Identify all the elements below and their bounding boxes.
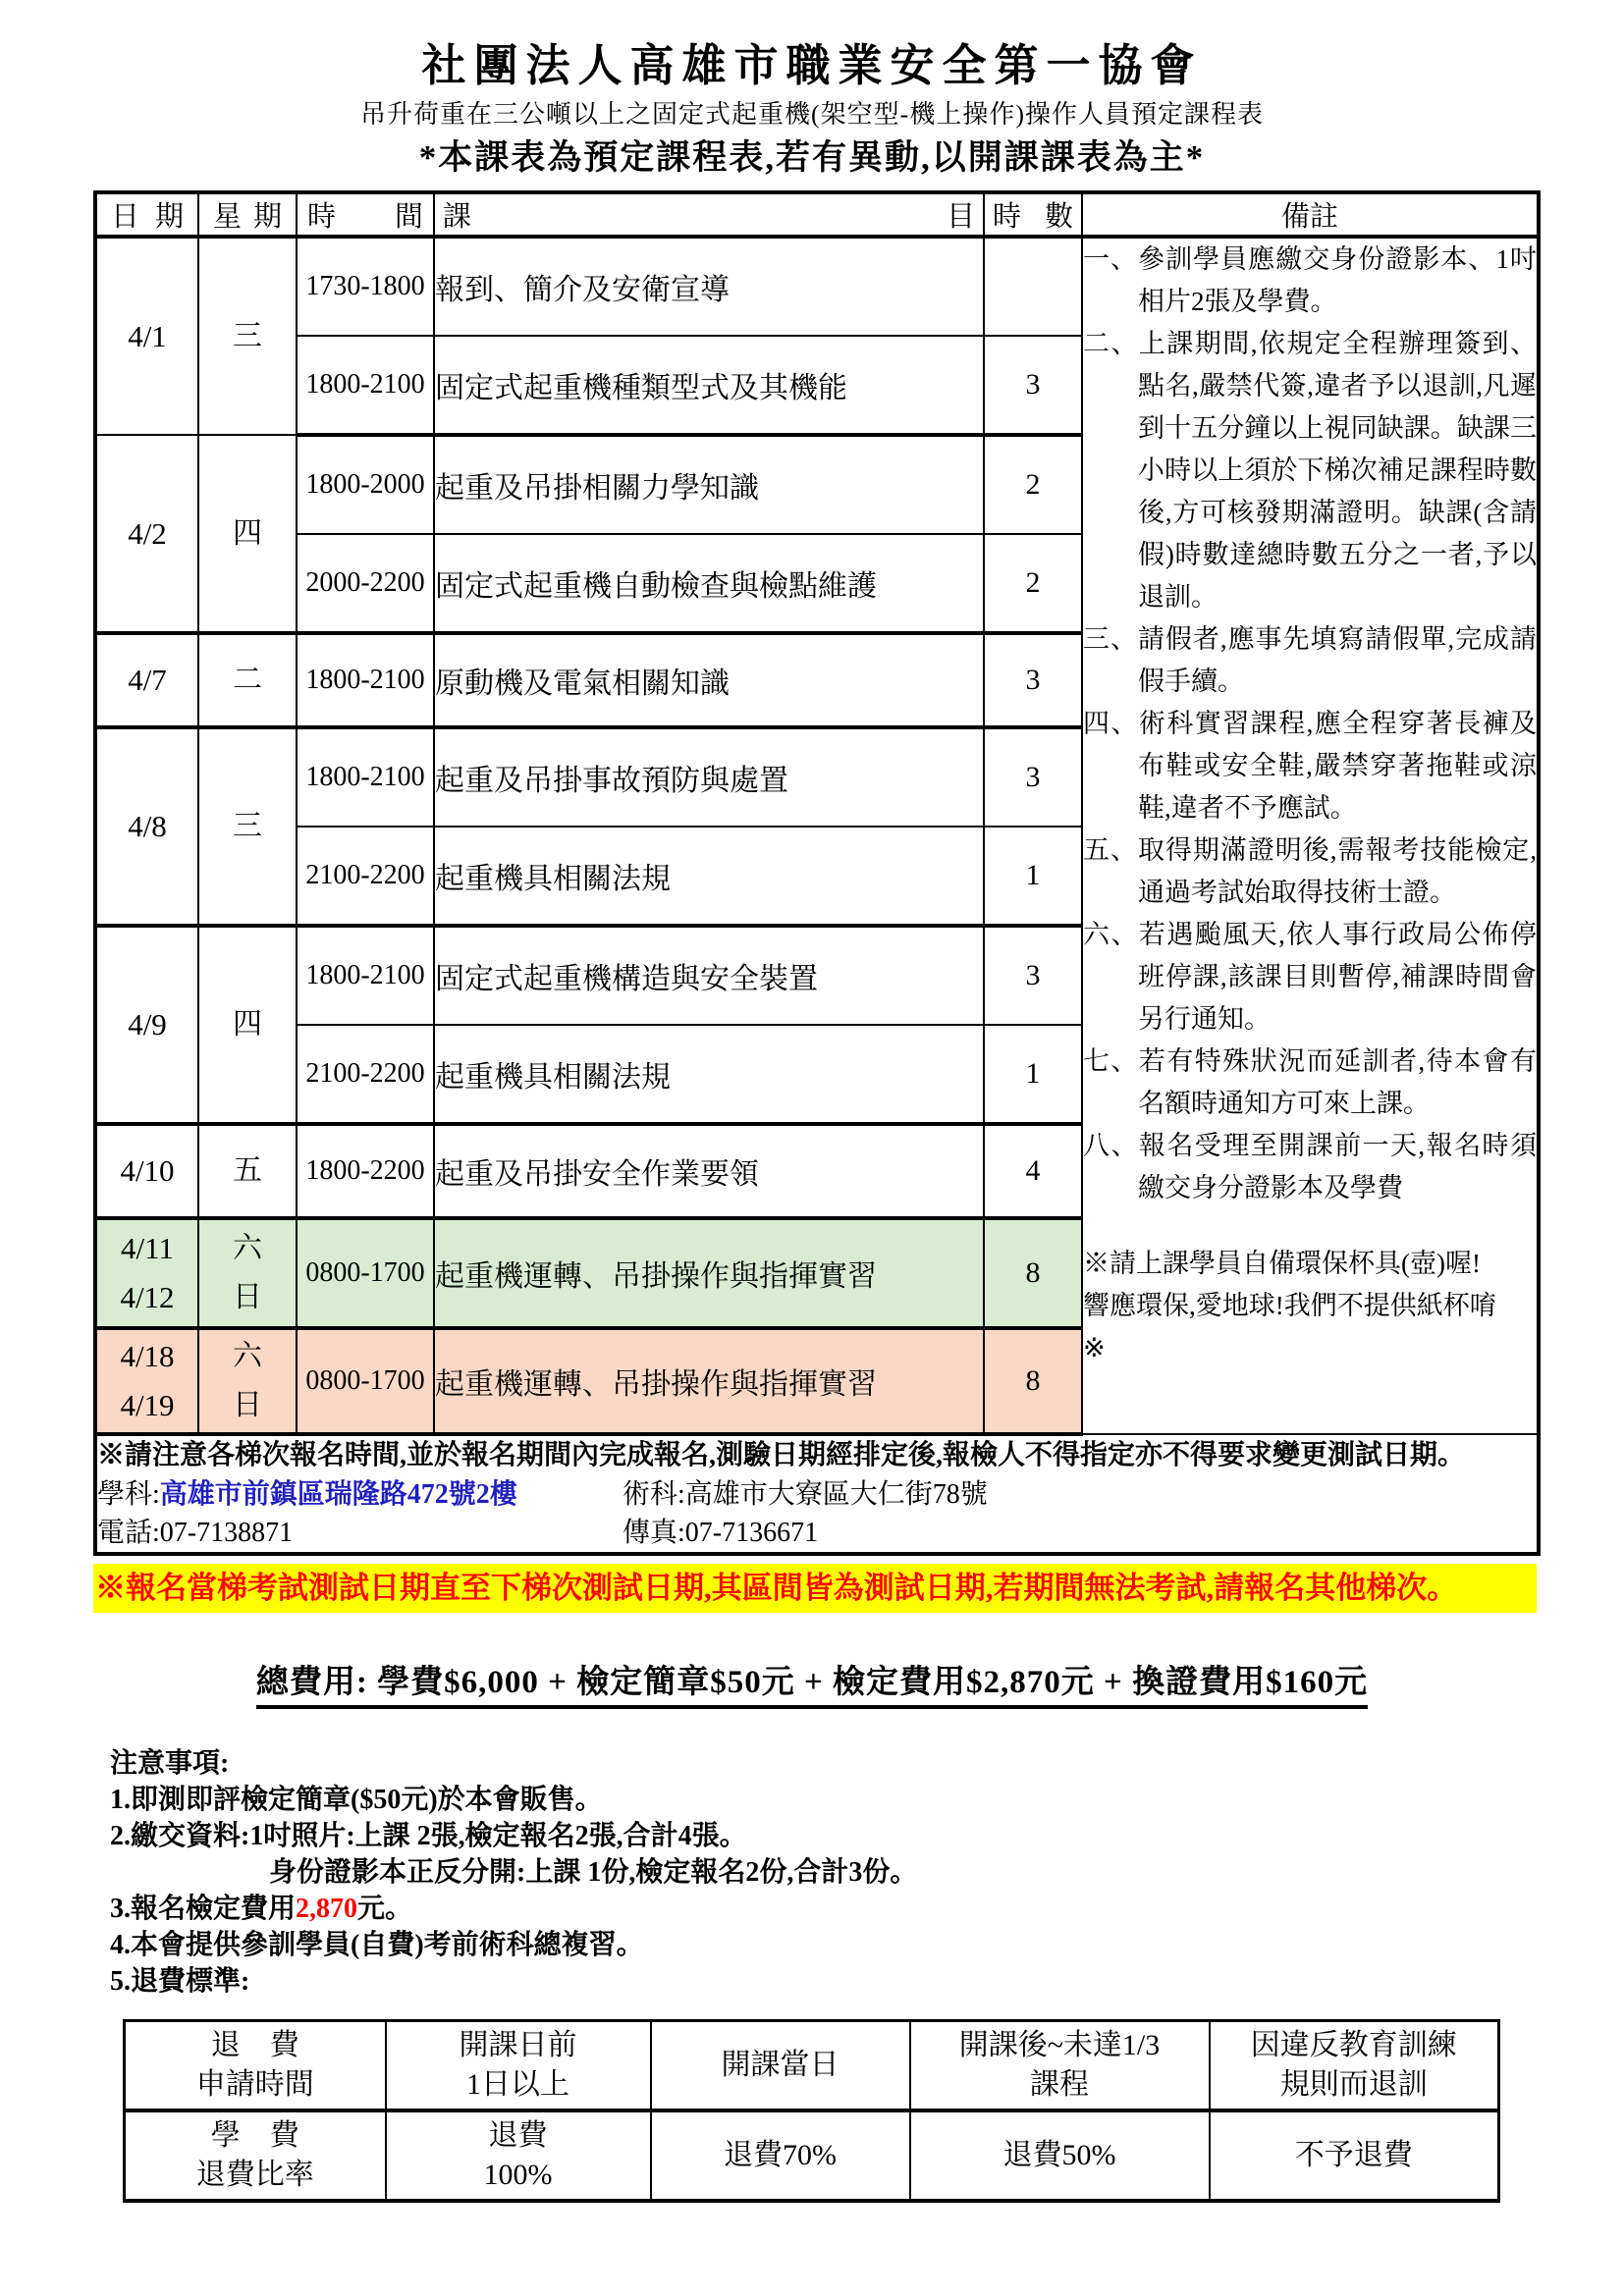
remark-item: 五、取得期滿證明後,需報考技能檢定,通過考試始取得技術士證。: [1083, 829, 1537, 914]
time-cell: 1730-1800: [297, 237, 434, 336]
hours-cell: 3: [984, 727, 1082, 827]
note-item-2b: 身份證影本正反分開:上課 1份,檢定報名2份,合計3份。: [110, 1855, 1624, 1891]
hours-cell: 2: [984, 435, 1082, 534]
subject-cell: 起重機運轉、吊掛操作與指揮實習: [434, 1328, 984, 1434]
date-cell: 4/9: [95, 926, 198, 1124]
remark-item: 二、上課期間,依規定全程辦理簽到、點名,嚴禁代簽,違者予以退訓,凡遲到十五分鐘以…: [1083, 323, 1537, 618]
weekday-cell: 六 日: [198, 1218, 297, 1328]
remark-item: 一、參訓學員應繳交身份證影本、1吋相片2張及學費。: [1083, 239, 1537, 323]
subject-cell: 起重及吊掛安全作業要領: [434, 1124, 984, 1218]
hours-cell: 3: [984, 926, 1082, 1025]
hours-cell: 1: [984, 827, 1082, 926]
date-cell: 4/18 4/19: [95, 1328, 198, 1434]
subject-cell: 起重機運轉、吊掛操作與指揮實習: [434, 1218, 984, 1328]
note-item-2: 2.繳交資料:1吋照片:上課 2張,檢定報名2張,合計4張。: [110, 1819, 1624, 1854]
subject-cell: 起重機具相關法規: [434, 1025, 984, 1124]
registration-notice: ※請注意各梯次報名時間,並於報名期間內完成報名,測驗日期經排定後,報檢人不得指定…: [97, 1436, 1537, 1475]
date-cell: 4/7: [95, 633, 198, 727]
page-title: 社團法人高雄市職業安全第一協會: [0, 37, 1624, 94]
refund-cell: 因違反教育訓練規則而退訓: [1210, 2021, 1499, 2111]
subject-cell: 固定式起重機種類型式及其機能: [434, 336, 984, 435]
col-header-subject: 課 目: [434, 192, 984, 237]
hours-cell: 3: [984, 336, 1082, 435]
refund-cell: 退費70%: [651, 2110, 910, 2201]
time-cell: 1800-2100: [297, 336, 434, 435]
col-header-hours: 時 數: [984, 192, 1082, 237]
hours-cell: 4: [984, 1124, 1082, 1218]
hours-cell: [984, 237, 1082, 336]
subject-cell: 固定式起重機構造與安全裝置: [434, 926, 984, 1025]
refund-cell: 不予退費: [1210, 2110, 1499, 2201]
notes-section: 注意事項: 1.即測即評檢定簡章($50元)於本會販售。 2.繳交資料:1吋照片…: [110, 1746, 1624, 2000]
date-cell: 4/10: [95, 1124, 198, 1218]
note-item-3: 3.報名檢定費用2,870元。: [110, 1892, 1624, 1927]
remark-item: 三、請假者,應事先填寫請假單,完成請假手續。: [1083, 618, 1537, 703]
date-cell: 4/8: [95, 727, 198, 926]
hours-cell: 8: [984, 1328, 1082, 1434]
note-item-1: 1.即測即評檢定簡章($50元)於本會販售。: [110, 1783, 1624, 1818]
hours-cell: 2: [984, 534, 1082, 633]
refund-header-row: 退 費申請時間 開課日前1日以上 開課當日 開課後~未達1/3課程 因違反教育訓…: [125, 2021, 1499, 2111]
date-cell: 4/1: [95, 237, 198, 435]
refund-cell: 退 費申請時間: [125, 2021, 386, 2111]
time-cell: 0800-1700: [297, 1328, 434, 1434]
refund-cell: 開課後~未達1/3課程: [910, 2021, 1210, 2111]
weekday-cell: 五: [198, 1124, 297, 1218]
total-fee-line: 總費用: 學費$6,000 + 檢定簡章$50元 + 檢定費用$2,870元 +…: [0, 1656, 1624, 1709]
table-footer-row: ※請注意各梯次報名時間,並於報名期間內完成報名,測驗日期經排定後,報檢人不得指定…: [95, 1434, 1539, 1554]
col-header-weekday: 星 期: [198, 192, 297, 237]
phone-fax-row: 電話:07-7138871傳真:07-7136671: [97, 1514, 1537, 1552]
refund-value-row: 學 費退費比率 退費100% 退費70% 退費50% 不予退費: [125, 2110, 1499, 2201]
weekday-cell: 四: [198, 435, 297, 633]
hours-cell: 8: [984, 1218, 1082, 1328]
course-schedule-document: 社團法人高雄市職業安全第一協會 吊升荷重在三公噸以上之固定式起重機(架空型-機上…: [0, 0, 1624, 2296]
time-cell: 1800-2100: [297, 633, 434, 727]
refund-cell: 開課當日: [651, 2021, 910, 2111]
test-date-warning-banner: ※報名當梯考試測試日期直至下梯次測試日期,其區間皆為測試日期,若期間無法考試,請…: [93, 1564, 1537, 1613]
course-schedule-table: 日 期 星 期 時 間 課 目 時 數 備註 4/1 三 1730-1800 報…: [93, 190, 1541, 1556]
practical-course-address: 術科:高雄市大寮區大仁街78號: [623, 1479, 988, 1510]
remark-item: 六、若遇颱風天,依人事行政局公佈停班停課,該課目則暫停,補課時間會另行通知。: [1083, 914, 1537, 1041]
remark-item: 八、報名受理至開課前一天,報名時須繳交身分證影本及學費: [1083, 1125, 1537, 1209]
subject-cell: 起重及吊掛事故預防與處置: [434, 727, 984, 827]
time-cell: 1800-2100: [297, 926, 434, 1025]
time-cell: 2000-2200: [297, 534, 434, 633]
date-cell: 4/11 4/12: [95, 1218, 198, 1328]
subject-cell: 固定式起重機自動檢查與檢點維護: [434, 534, 984, 633]
time-cell: 2100-2200: [297, 827, 434, 926]
subject-cell: 報到、簡介及安衛宣導: [434, 237, 984, 336]
weekday-cell: 二: [198, 633, 297, 727]
subject-address-highlight: 高雄市前鎮區瑞隆路472號2樓: [160, 1479, 517, 1510]
col-header-remarks: 備註: [1082, 192, 1539, 237]
refund-cell: 退費100%: [386, 2110, 651, 2201]
weekday-cell: 六 日: [198, 1328, 297, 1434]
weekday-cell: 三: [198, 727, 297, 926]
hours-cell: 1: [984, 1025, 1082, 1124]
time-cell: 2100-2200: [297, 1025, 434, 1124]
remark-item: 七、若有特殊狀況而延訓者,待本會有名額時通知方可來上課。: [1083, 1041, 1537, 1125]
refund-cell: 學 費退費比率: [125, 2110, 386, 2201]
remark-item: 四、術科實習課程,應全程穿著長褲及布鞋或安全鞋,嚴禁穿著拖鞋或涼鞋,違者不予應試…: [1083, 703, 1537, 829]
page-subtitle: 吊升荷重在三公噸以上之固定式起重機(架空型-機上操作)操作人員預定課程表: [0, 94, 1624, 135]
note-item-5: 5.退費標準:: [110, 1964, 1624, 2000]
weekday-cell: 四: [198, 926, 297, 1124]
exam-fee-red: 2,870: [296, 1894, 357, 1924]
phone-number: 電話:07-7138871: [97, 1514, 623, 1552]
schedule-header-row: 日 期 星 期 時 間 課 目 時 數 備註: [95, 192, 1539, 237]
refund-cell: 開課日前1日以上: [386, 2021, 651, 2111]
time-cell: 1800-2100: [297, 727, 434, 827]
remarks-cell: 一、參訓學員應繳交身份證影本、1吋相片2張及學費。 二、上課期間,依規定全程辦理…: [1082, 237, 1539, 1434]
col-header-time: 時 間: [297, 192, 434, 237]
notes-title: 注意事項:: [110, 1746, 1624, 1782]
refund-policy-table: 退 費申請時間 開課日前1日以上 開課當日 開課後~未達1/3課程 因違反教育訓…: [123, 2019, 1500, 2203]
weekday-cell: 三: [198, 237, 297, 435]
fax-number: 傳真:07-7136671: [623, 1518, 818, 1548]
table-footer-cell: ※請注意各梯次報名時間,並於報名期間內完成報名,測驗日期經排定後,報檢人不得指定…: [95, 1434, 1539, 1554]
subject-cell: 原動機及電氣相關知識: [434, 633, 984, 727]
schedule-change-notice: *本課表為預定課程表,若有異動,以開課課表為主*: [0, 135, 1624, 181]
time-cell: 1800-2000: [297, 435, 434, 534]
hours-cell: 3: [984, 633, 1082, 727]
subject-cell: 起重機具相關法規: [434, 827, 984, 926]
schedule-row: 4/1 三 1730-1800 報到、簡介及安衛宣導 一、參訓學員應繳交身份證影…: [95, 237, 1539, 336]
time-cell: 0800-1700: [297, 1218, 434, 1328]
date-cell: 4/2: [95, 435, 198, 633]
refund-cell: 退費50%: [910, 2110, 1210, 2201]
time-cell: 1800-2200: [297, 1124, 434, 1218]
subject-course-address: 學科:高雄市前鎮區瑞隆路472號2樓: [97, 1475, 623, 1514]
note-item-4: 4.本會提供參訓學員(自費)考前術科總複習。: [110, 1928, 1624, 1963]
subject-cell: 起重及吊掛相關力學知識: [434, 435, 984, 534]
address-row: 學科:高雄市前鎮區瑞隆路472號2樓術科:高雄市大寮區大仁街78號: [97, 1475, 1537, 1514]
eco-cup-note: ※請上課學員自備環保杯具(壺)喔! 響應環保,愛地球!我們不提供紙杯唷 ※: [1083, 1243, 1537, 1369]
col-header-date: 日 期: [95, 192, 198, 237]
title-block: 社團法人高雄市職業安全第一協會 吊升荷重在三公噸以上之固定式起重機(架空型-機上…: [0, 0, 1624, 181]
